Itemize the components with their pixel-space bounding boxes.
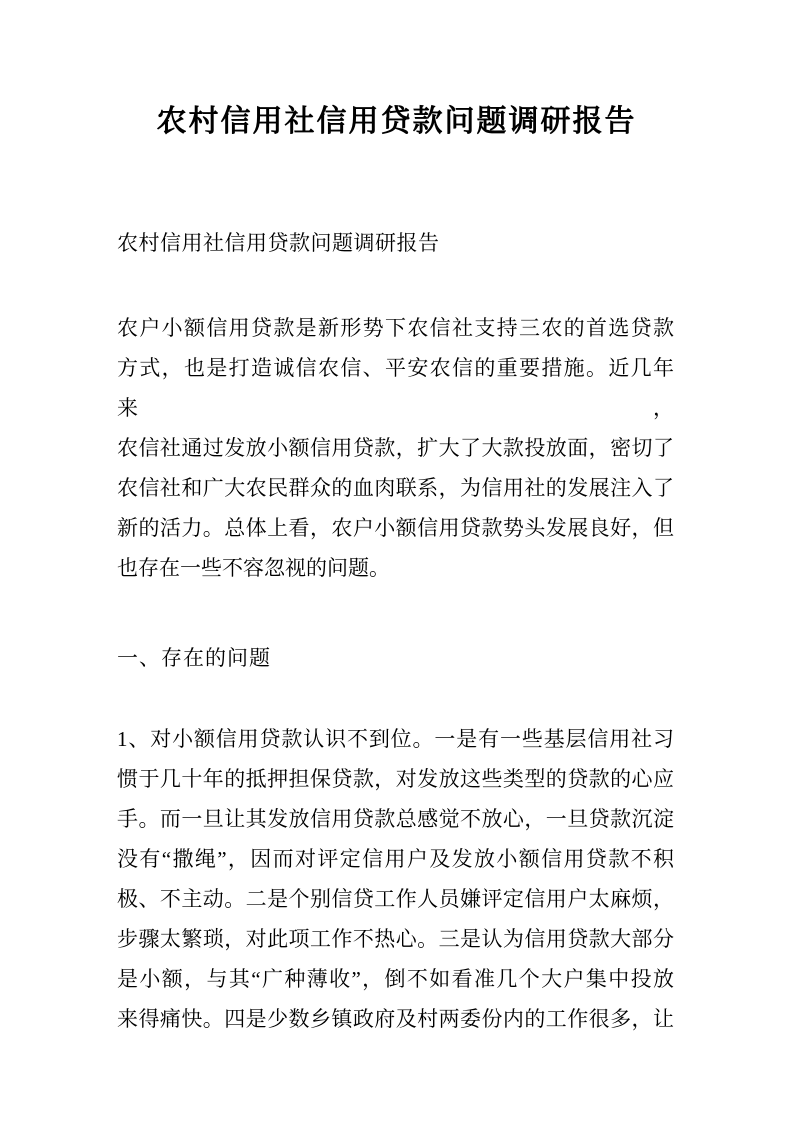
paragraph-line: 是小额，与其“广种薄收”，倒不如看准几个大户集中投放 (117, 959, 674, 999)
paragraph-line: 农信社通过发放小额信用贷款，扩大了大款投放面，密切了 (117, 428, 674, 468)
paragraph-line: 手。而一旦让其发放信用贷款总感觉不放心，一旦贷款沉淀 (117, 799, 674, 839)
paragraph-line: 惯于几十年的抵押担保贷款，对发放这些类型的贷款的心应 (117, 759, 674, 799)
intro-paragraph: 农户小额信用贷款是新形势下农信社支持三农的首选贷款方式，也是打造诚信农信、平安农… (117, 308, 674, 588)
paragraph-line: 没有“撒绳”，因而对评定信用户及发放小额信用贷款不积 (117, 839, 674, 879)
paragraph-line: 步骤太繁琐，对此项工作不热心。三是认为信用贷款大部分 (117, 919, 674, 959)
paragraph-line: 极、不主动。二是个别信贷工作人员嫌评定信用户太麻烦， (117, 879, 674, 919)
paragraph-line: 来得痛快。四是少数乡镇政府及村两委份内的工作很多，让 (117, 999, 674, 1039)
section-heading-problems: 一、存在的问题 (117, 638, 674, 678)
document-page: 农村信用社信用贷款问题调研报告 农村信用社信用贷款问题调研报告 农户小额信用贷款… (0, 0, 793, 1122)
document-title: 农村信用社信用贷款问题调研报告 (0, 101, 793, 143)
paragraph-line: 新的活力。总体上看，农户小额信用贷款势头发展良好，但 (117, 508, 674, 548)
paragraph-line: 1、对小额信用贷款认识不到位。一是有一些基层信用社习 (117, 719, 674, 759)
paragraph-line: 也存在一些不容忽视的问题。 (117, 548, 674, 588)
paragraph-line: 农信社和广大农民群众的血肉联系，为信用社的发展注入了 (117, 468, 674, 508)
problems-paragraph: 1、对小额信用贷款认识不到位。一是有一些基层信用社习惯于几十年的抵押担保贷款，对… (117, 719, 674, 1039)
paragraph-line: 农户小额信用贷款是新形势下农信社支持三农的首选贷款 (117, 308, 674, 348)
paragraph-line: 方式，也是打造诚信农信、平安农信的重要措施。近几年来， (117, 348, 674, 428)
document-subtitle: 农村信用社信用贷款问题调研报告 (117, 223, 674, 263)
